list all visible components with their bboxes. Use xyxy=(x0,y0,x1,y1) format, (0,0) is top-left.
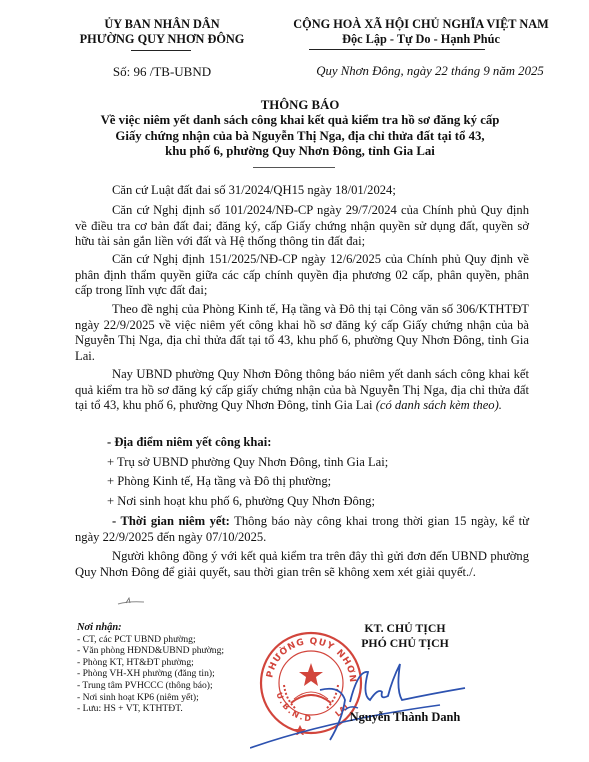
authority-line: KT. CHỦ TỊCH xyxy=(330,621,480,636)
location-item: + Trụ sở UBND phường Quy Nhơn Đông, tỉnh… xyxy=(107,455,529,471)
nation-header: CỘNG HOÀ XÃ HỘI CHỦ NGHĨA VIỆT NAM Độc L… xyxy=(262,17,580,47)
location-item: + Phòng Kinh tế, Hạ tầng và Đô thị phườn… xyxy=(107,474,529,490)
agency-header: ỦY BAN NHÂN DÂN PHƯỜNG QUY NHƠN ĐÔNG xyxy=(62,17,262,47)
signature-scribble-icon xyxy=(250,650,490,750)
initial-mark xyxy=(116,592,146,598)
nation-name: CỘNG HOÀ XÃ HỘI CHỦ NGHĨA VIỆT NAM xyxy=(262,17,580,32)
signer-name: Nguyễn Thành Danh xyxy=(330,710,480,725)
duration-paragraph: - Thời gian niêm yết: Thông báo này công… xyxy=(75,514,529,545)
document-title: THÔNG BÁO Về việc niêm yết danh sách côn… xyxy=(60,98,540,160)
recipient-item: - Trung tâm PVHCCC (thông báo); xyxy=(77,680,257,692)
subtitle-line: Về việc niêm yết danh sách công khai kết… xyxy=(60,113,540,128)
recipient-item: - Văn phòng HĐND&UBND phường; xyxy=(77,645,257,657)
recipient-item: - Phòng KT, HT&ĐT phường; xyxy=(77,657,257,669)
subtitle-line: khu phố 6, phường Quy Nhơn Đông, tỉnh Gi… xyxy=(60,144,540,159)
nation-motto: Độc Lập - Tự Do - Hạnh Phúc xyxy=(262,32,580,47)
signature-authority: KT. CHỦ TỊCH PHÓ CHỦ TỊCH xyxy=(330,621,480,651)
recipients-block: Nơi nhận: - CT, các PCT UBND phường; - V… xyxy=(77,622,257,715)
basis-decree-101: Căn cứ Nghị định số 101/2024/NĐ-CP ngày … xyxy=(75,203,529,250)
recipient-item: - Nơi sinh hoạt KP6 (niêm yết); xyxy=(77,692,257,704)
title-underline xyxy=(253,167,335,168)
objection-paragraph: Người không đồng ý với kết quả kiểm tra … xyxy=(75,549,529,580)
recipient-item: - Phòng VH-XH phường (đăng tin); xyxy=(77,668,257,680)
notice-heading: THÔNG BÁO xyxy=(60,98,540,113)
proposal-paragraph: Theo đề nghị của Phòng Kinh tế, Hạ tầng … xyxy=(75,302,529,364)
handwritten-signature xyxy=(250,650,490,750)
place-date: Quy Nhơn Đông, ngày 22 tháng 9 năm 2025 xyxy=(280,64,580,79)
locations-label: - Địa điểm niêm yết công khai: xyxy=(107,435,529,451)
agency-name: ỦY BAN NHÂN DÂN xyxy=(62,17,262,32)
agency-underline xyxy=(131,50,191,51)
location-item: + Nơi sinh hoạt khu phố 6, phường Quy Nh… xyxy=(107,494,529,510)
basis-decree-151: Căn cứ Nghị định 151/2025/NĐ-CP ngày 12/… xyxy=(75,252,529,299)
basis-land-law: Căn cứ Luật đất đai số 31/2024/QH15 ngày… xyxy=(75,183,529,199)
recipient-item: - CT, các PCT UBND phường; xyxy=(77,634,257,646)
announcement-note: (có danh sách kèm theo). xyxy=(376,398,502,412)
subtitle-line: Giấy chứng nhận của bà Nguyễn Thị Nga, đ… xyxy=(60,129,540,144)
document-number: Số: 96 /TB-UBND xyxy=(62,64,262,80)
duration-label: - Thời gian niêm yết: xyxy=(112,514,230,528)
announcement-paragraph: Nay UBND phường Quy Nhơn Đông thông báo … xyxy=(75,367,529,414)
ward-name: PHƯỜNG QUY NHƠN ĐÔNG xyxy=(62,32,262,47)
motto-underline xyxy=(309,49,485,50)
authority-title: PHÓ CHỦ TỊCH xyxy=(330,636,480,651)
recipient-item: - Lưu: HS + VT, KTHTĐT. xyxy=(77,703,257,715)
recipients-title: Nơi nhận: xyxy=(77,622,257,634)
